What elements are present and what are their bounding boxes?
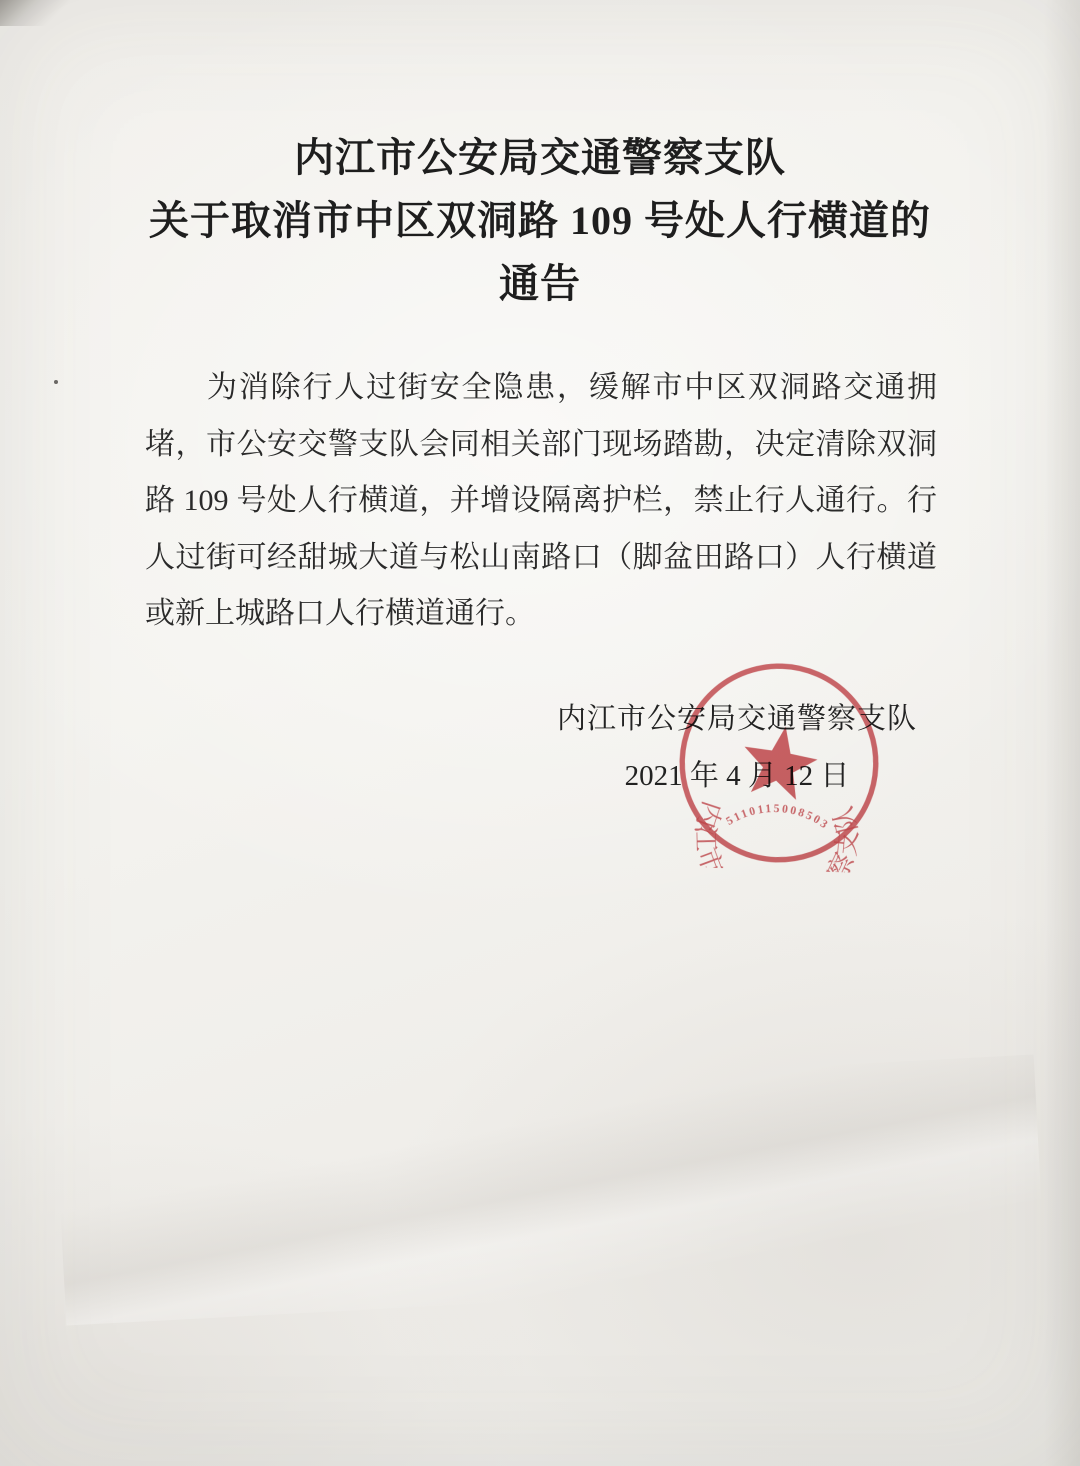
- paper-wrinkle: [55, 1055, 1045, 1326]
- document-title: 内江市公安局交通警察支队 关于取消市中区双洞路 109 号处人行横道的 通告: [0, 126, 1080, 315]
- title-line-2: 关于取消市中区双洞路 109 号处人行横道的: [0, 189, 1080, 252]
- body-line: 路 109 号处人行横道，并增设隔离护栏，禁止行人通行。行: [145, 473, 937, 530]
- body-line: 人过街可经甜城大道与松山南路口（脚盆田路口）人行横道: [145, 530, 937, 587]
- title-line-3: 通告: [0, 252, 1080, 315]
- scan-corner-shadow: [0, 0, 70, 26]
- scanned-notice-page: 内江市公安局交通警察支队 关于取消市中区双洞路 109 号处人行横道的 通告 为…: [0, 0, 1080, 1466]
- signature-date: 2021 年 4 月 12 日: [548, 757, 926, 795]
- body-line: 为消除行人过街安全隐患，缓解市中区双洞路交通拥: [145, 360, 937, 417]
- notice-body-paragraph: 为消除行人过街安全隐患，缓解市中区双洞路交通拥 堵，市公安交警支队会同相关部门现…: [145, 360, 937, 643]
- signature-org-name: 内江市公安局交通警察支队: [548, 700, 926, 738]
- title-line-1: 内江市公安局交通警察支队: [0, 126, 1080, 189]
- seal-number: 5110115008503: [723, 800, 830, 831]
- signature-block: 内江市公安局交通警察支队 2021 年 4 月 12 日: [548, 700, 926, 795]
- body-line: 或新上城路口人行横道通行。: [145, 586, 937, 643]
- seal-ring-text: 内江市公安局交通警察支队: [687, 797, 864, 873]
- body-line: 堵，市公安交警支队会同相关部门现场踏勘，决定清除双洞: [145, 417, 937, 474]
- paper-speck: [54, 380, 58, 384]
